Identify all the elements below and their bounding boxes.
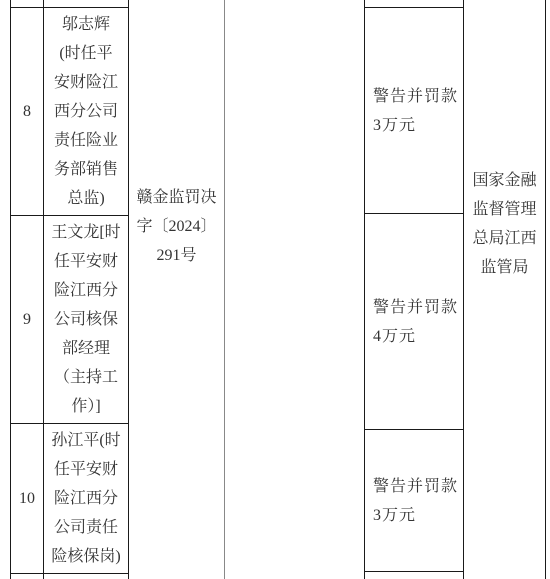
- penalty-cell: 警告并罚款 3万元: [365, 430, 463, 571]
- grid-line-vertical: [545, 0, 546, 579]
- row-number-cell: 10: [11, 424, 43, 573]
- person-name: 邬志辉 (时任平 安财险江 西分公司 责任险业 务部销售 总监): [44, 10, 128, 213]
- row-number-cell: 9: [11, 216, 43, 423]
- row-number: 8: [23, 103, 31, 121]
- document-number: 赣金监罚决 字〔2024〕 291号: [129, 183, 224, 270]
- authority-cell: [464, 0, 545, 579]
- penalty-table: 8 9 10 邬志辉 (时任平 安财险江 西分公司 责任险业 务部销售 总监) …: [0, 0, 550, 579]
- penalty-cell: 警告并罚款 4万元: [365, 214, 463, 429]
- person-name: 孙江平(时 任平安财 险江西分 公司责任 险核保岗): [44, 426, 128, 571]
- row-number-cell: 8: [11, 8, 43, 215]
- person-cell: 王文龙[时 任平安财 险江西分 公司核保 部经理 （主持工 作）]: [44, 216, 128, 423]
- penalty-text: 警告并罚款 3万元: [365, 472, 458, 530]
- row-number: 10: [19, 490, 35, 508]
- authority-name: 国家金融 监督管理 总局江西 监管局: [464, 166, 545, 282]
- document-number-cell: [129, 0, 224, 579]
- violation-cell: [225, 0, 364, 579]
- penalty-text: 警告并罚款 3万元: [365, 82, 458, 140]
- person-cell: 孙江平(时 任平安财 险江西分 公司责任 险核保岗): [44, 424, 128, 573]
- penalty-cell: 警告并罚款 3万元: [365, 8, 463, 213]
- person-name: 王文龙[时 任平安财 险江西分 公司核保 部经理 （主持工 作）]: [44, 218, 128, 421]
- grid-line-horizontal: [10, 573, 129, 574]
- penalty-text: 警告并罚款 4万元: [365, 293, 458, 351]
- grid-line-horizontal: [364, 571, 464, 572]
- row-number: 9: [23, 311, 31, 329]
- person-cell: 邬志辉 (时任平 安财险江 西分公司 责任险业 务部销售 总监): [44, 8, 128, 215]
